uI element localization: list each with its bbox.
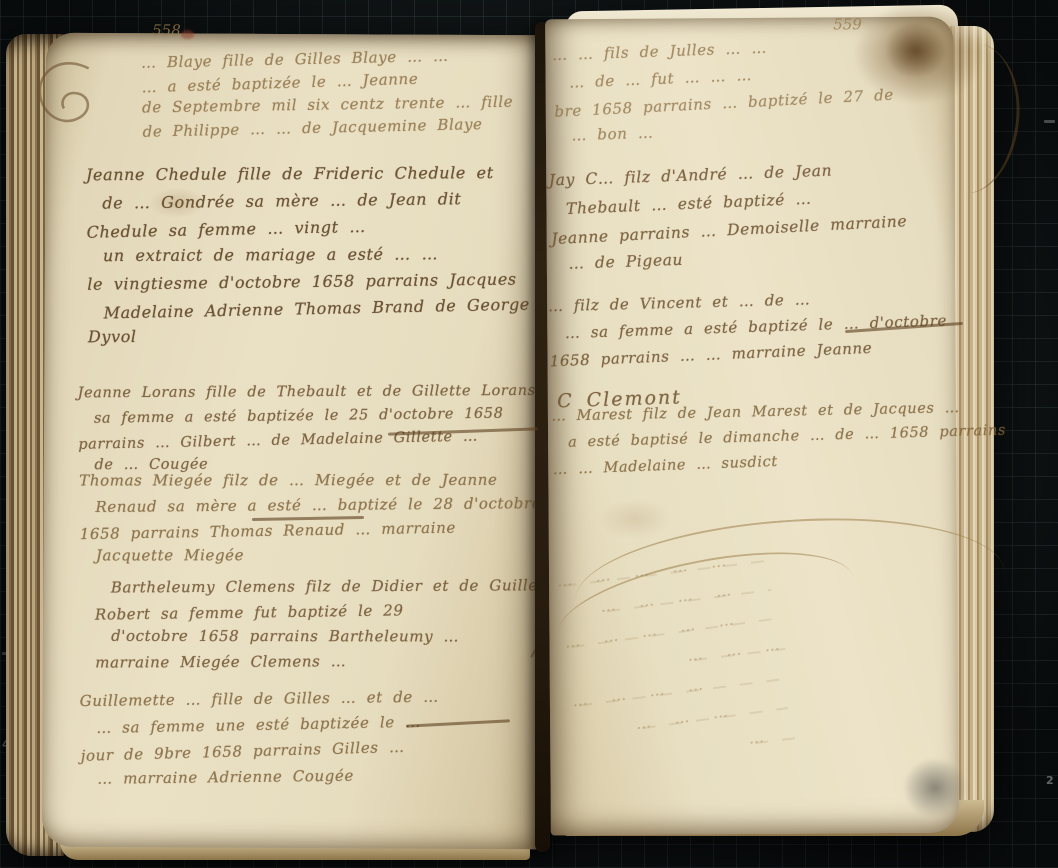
baptism-entry: Guillemette … fille de Gilles … et de ……… bbox=[79, 682, 440, 793]
manuscript-line: marraine Miegée Clemens … bbox=[95, 648, 585, 676]
manuscript-line: Jeanne Chedule fille de Frideric Chedule… bbox=[86, 159, 528, 188]
foxing-stain bbox=[148, 188, 206, 218]
baptism-entry: Jeanne Lorans fille de Thebault et de Gi… bbox=[77, 377, 536, 479]
manuscript-line: Robert sa femme fut baptizé le 29 bbox=[95, 596, 585, 628]
manuscript-line: un extraict de mariage a esté … … bbox=[103, 240, 529, 269]
open-register-book: 558 … Blaye fille de Gilles Blaye … …… a… bbox=[0, 0, 1058, 868]
red-ink-mark bbox=[181, 30, 194, 39]
page-number-left: 558 bbox=[152, 21, 181, 39]
baptism-entry: Bartheleumy Clemens filz de Didier et de… bbox=[95, 573, 586, 676]
right-page: 559 … … fils de Julles … …… de … fut … …… bbox=[545, 17, 959, 836]
manuscript-line: Thomas Miegée filz de … Miegée et de Jea… bbox=[79, 468, 541, 494]
manuscript-line: Jeanne Lorans fille de Thebault et de Gi… bbox=[78, 379, 536, 405]
manuscript-line: … marraine Adrienne Cougée bbox=[97, 762, 440, 792]
manuscript-line: Jacquette Miegée bbox=[96, 543, 542, 569]
baptism-entry: … Marest filz de Jean Marest et de Jacqu… bbox=[551, 393, 1007, 481]
manuscript-line: d'octobre 1658 parrains Bartheleumy … bbox=[111, 624, 585, 650]
left-page: 558 … Blaye fille de Gilles Blaye … …… a… bbox=[42, 33, 542, 850]
baptism-entry: … Blaye fille de Gilles Blaye … …… a est… bbox=[95, 43, 514, 144]
baptism-entry: … … fils de Julles … …… de … fut … … …br… bbox=[552, 29, 896, 151]
ink-pen-stroke bbox=[927, 40, 1028, 199]
baptism-entry: Jay C… filz d'André … de JeanThebault … … bbox=[548, 153, 909, 280]
manuscript-line: Dyvol bbox=[88, 321, 530, 350]
baptism-entry: … filz de Vincent et … de …… sa femme a … bbox=[548, 281, 950, 414]
ink-stain bbox=[884, 22, 946, 78]
baptism-entry: Jeanne Chedule fille de Frideric Chedule… bbox=[86, 157, 531, 351]
smudge-stain bbox=[903, 758, 967, 818]
decorative-initial-flourish-icon bbox=[33, 55, 99, 139]
foxing-stain bbox=[598, 498, 672, 540]
manuscript-line: … bbox=[747, 718, 800, 754]
photograph-of-manuscript: 4 2 558 … Blaye fille de Gilles Blaye … … bbox=[0, 0, 1058, 868]
manuscript-line: Guillemette … fille de Gilles … et de … bbox=[80, 684, 439, 714]
